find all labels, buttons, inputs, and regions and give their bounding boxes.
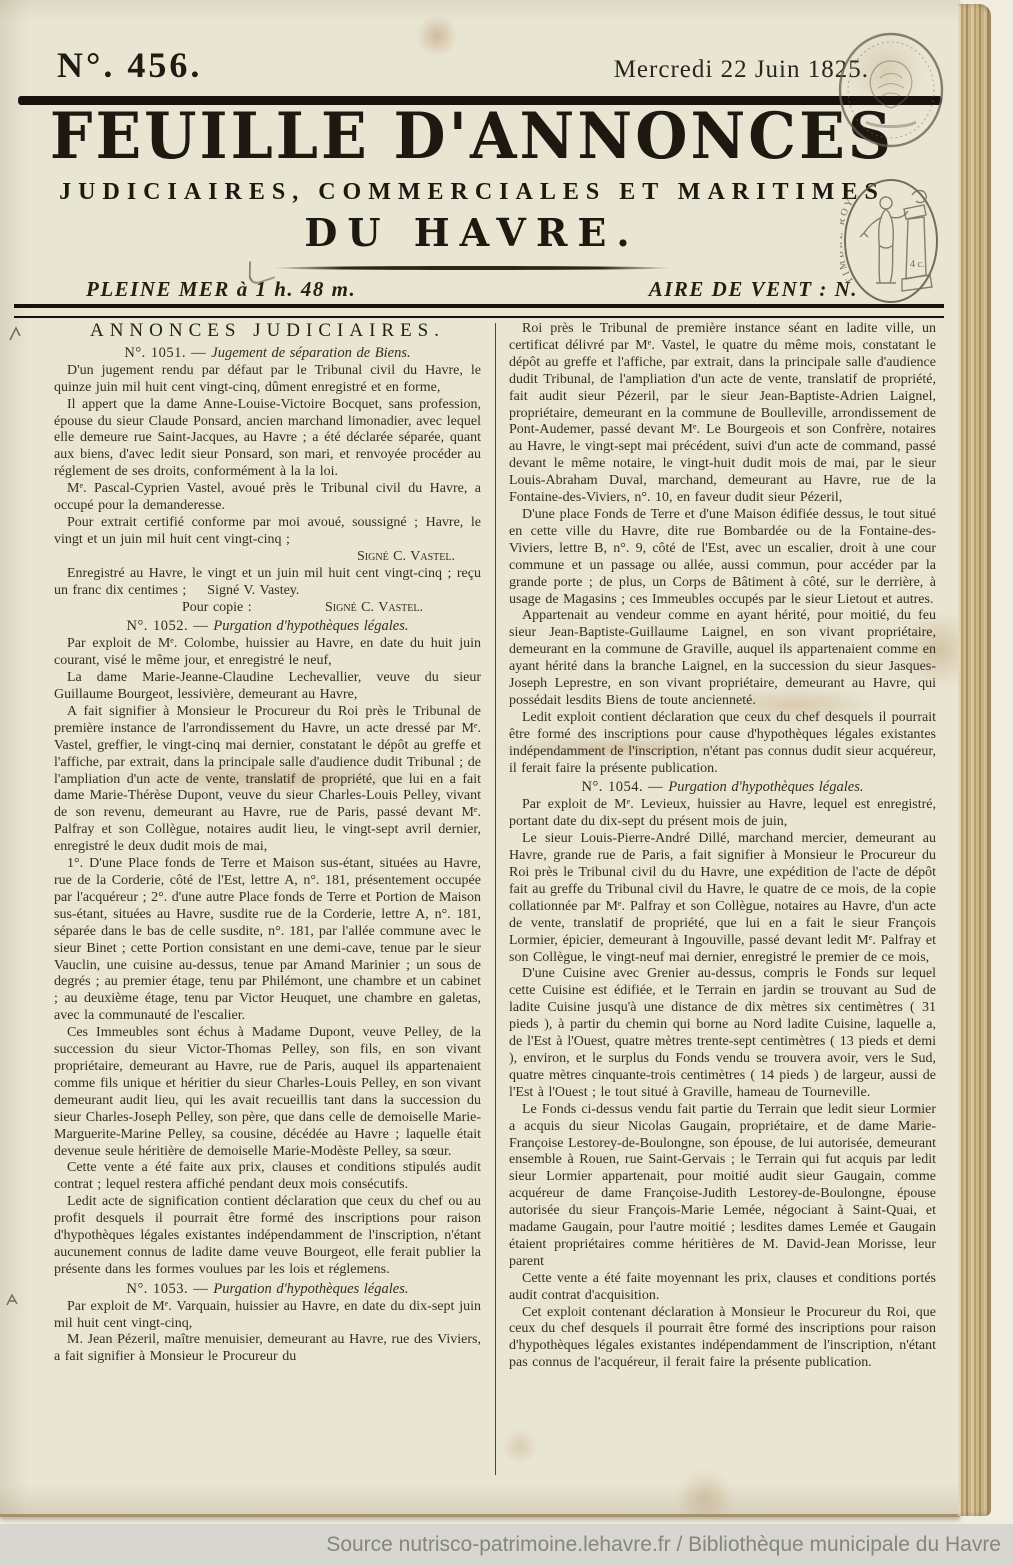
page-header: N°. 456. Mercredi 22 Juin 1825. (57, 44, 869, 86)
book-page-edges (958, 4, 991, 1516)
masthead-divider-rule (272, 266, 672, 270)
wind-info: AIRE DE VENT : N. (649, 277, 858, 302)
article-paragraph: M. Jean Pézeril, maître menuisier, demeu… (54, 1332, 481, 1366)
issue-date: Mercredi 22 Juin 1825. (614, 56, 869, 84)
article-paragraph: Cette vente a été faite moyennant les pr… (509, 1271, 936, 1305)
article-paragraph: Par exploit de Mᵉ. Varquain, huissier au… (54, 1299, 481, 1333)
article-paragraph: D'une Cuisine avec Grenier au-dessus, co… (509, 966, 936, 1101)
article-paragraph: Enregistré au Havre, le vingt et un juin… (54, 566, 481, 600)
margin-ink-mark (8, 326, 22, 342)
newspaper-scan-page: N°. 456. Mercredi 22 Juin 1825. FEUILLE … (0, 0, 960, 1517)
article-paragraph: Ledit acte de signification contient déc… (54, 1194, 481, 1279)
tide-wind-row: PLEINE MER à 1 h. 48 m. AIRE DE VENT : N… (86, 277, 858, 302)
article-paragraph: Ledit exploit contient déclaration que c… (509, 710, 936, 778)
column-divider-rule (495, 323, 496, 1475)
section-title: ANNONCES JUDICIAIRES. (54, 323, 481, 340)
margin-ink-mark (5, 1292, 19, 1308)
article-paragraph: Appartenait au vendeur comme en ayant hé… (509, 608, 936, 709)
article-title: Purgation d'hypothèques légales. (213, 1281, 408, 1297)
article-paragraph: Pour extrait certifié conforme par moi a… (54, 515, 481, 549)
article-heading: N°. 1051. — Jugement de séparation de Bi… (54, 345, 481, 362)
article-heading: N°. 1054. — Purgation d'hypothèques léga… (509, 779, 936, 796)
article-paragraph: Par exploit de Mᵉ. Colombe, huissier au … (54, 636, 481, 670)
article-number: N°. 1053. — (127, 1281, 214, 1297)
article-title: Jugement de séparation de Biens. (211, 345, 410, 361)
article-title: Purgation d'hypothèques légales. (668, 779, 863, 795)
masthead: FEUILLE D'ANNONCES JUDICIAIRES, COMMERCI… (0, 106, 944, 255)
article-heading: N°. 1052. — Purgation d'hypothèques léga… (54, 618, 481, 635)
article-paragraph: Cette vente a été faite aux prix, clause… (54, 1160, 481, 1194)
newspaper-title: FEUILLE D'ANNONCES (0, 104, 944, 171)
article-columns: ANNONCES JUDICIAIRES.N°. 1051. — Jugemen… (54, 321, 936, 1489)
columns-top-rule (14, 304, 944, 318)
article-paragraph: Pour copie :Signé C. Vastel. (54, 600, 481, 617)
newspaper-city-line: DU HAVRE. (0, 210, 944, 255)
article-number: N°. 1051. — (124, 345, 211, 361)
article-paragraph: D'un jugement rendu par défaut par le Tr… (54, 363, 481, 397)
article-heading: N°. 1053. — Purgation d'hypothèques léga… (54, 1281, 481, 1298)
article-paragraph: D'une place Fonds de Terre et d'une Mais… (509, 507, 936, 608)
article-paragraph: Roi près le Tribunal de première instanc… (509, 321, 936, 507)
article-paragraph: A fait signifier à Monsieur le Procureur… (54, 704, 481, 856)
issue-number: N°. 456. (57, 44, 202, 86)
signature-text: Signé C. Vastel. (325, 600, 423, 617)
article-paragraph: Cet exploit contenant déclaration à Mons… (509, 1305, 936, 1373)
right-column: Roi près le Tribunal de première instanc… (509, 321, 936, 1489)
source-bar: Source nutrisco-patrimoine.lehavre.fr / … (0, 1524, 1013, 1566)
article-paragraph: Le Fonds ci-dessus vendu fait partie du … (509, 1102, 936, 1271)
article-paragraph: Signé C. Vastel. (54, 549, 481, 566)
article-paragraph: Il appert que la dame Anne-Louise-Victoi… (54, 397, 481, 482)
article-paragraph: 1°. D'une Place fonds de Terre et Maison… (54, 856, 481, 1025)
article-paragraph: Le sieur Louis-Pierre-André Dillé, march… (509, 831, 936, 966)
article-number: N°. 1054. — (582, 779, 669, 795)
article-title: Purgation d'hypothèques légales. (213, 618, 408, 634)
source-attribution: Source nutrisco-patrimoine.lehavre.fr / … (326, 1533, 1001, 1557)
newspaper-subtitle: JUDICIAIRES, COMMERCIALES ET MARITIMES (0, 179, 944, 206)
article-paragraph: Ces Immeubles sont échus à Madame Dupont… (54, 1025, 481, 1160)
copy-label: Pour copie : (182, 600, 252, 617)
article-paragraph: Par exploit de Mᵉ. Levieux, huissier au … (509, 797, 936, 831)
article-paragraph: La dame Marie-Jeanne-Claudine Lechevalli… (54, 670, 481, 704)
article-paragraph: Mᵉ. Pascal-Cyprien Vastel, avoué près le… (54, 481, 481, 515)
left-column: ANNONCES JUDICIAIRES.N°. 1051. — Jugemen… (54, 321, 481, 1489)
article-number: N°. 1052. — (127, 618, 214, 634)
tide-info: PLEINE MER à 1 h. 48 m. (86, 277, 356, 302)
